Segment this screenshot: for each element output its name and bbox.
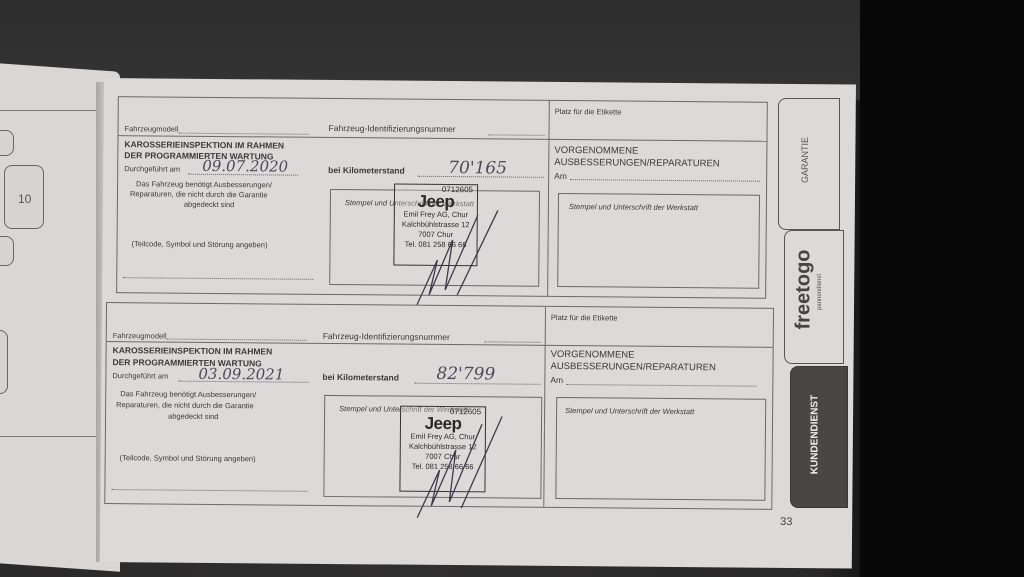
vehicle-model-field[interactable]	[167, 339, 307, 341]
repair-note-line2: Reparaturen, die nicht durch die Garanti…	[130, 189, 268, 199]
repair-note-line3: abgedeckt sind	[168, 412, 219, 421]
tab-garantie-label: GARANTIE	[800, 130, 810, 190]
stamp-line: Kalchbühlstrasse 12	[401, 442, 485, 453]
section-title-line1: KAROSSERIEINSPEKTION IM RAHMEN	[113, 345, 273, 356]
stamp-line: Tel. 081 258 66 66	[401, 462, 485, 473]
performed-on-label: Durchgeführt am	[112, 371, 168, 380]
repair-note-line1: Das Fahrzeug benötigt Ausbesserungen/	[136, 179, 272, 189]
repairs-date-field[interactable]	[570, 179, 760, 182]
tab-garantie[interactable]: GARANTIE	[778, 98, 840, 230]
performed-on-value: 03.09.2021	[198, 365, 284, 384]
performed-on-label: Durchgeführt am	[124, 164, 180, 173]
vin-label: Fahrzeug-Identifizierungsnummer	[329, 123, 456, 134]
right-page: Platz für die Etikette Fahrzeugmodell Fa…	[100, 78, 856, 569]
stamp-line: Kalchbühlstrasse 12	[395, 220, 477, 231]
vin-field[interactable]	[485, 341, 541, 342]
mileage-label: bei Kilometerstand	[322, 372, 399, 383]
part-code-hint: (Teilcode, Symbol und Störung angeben)	[120, 453, 256, 463]
repair-note-line2: Reparaturen, die nicht durch die Garanti…	[116, 400, 254, 410]
tab-kundendienst-label: KUNDENDIENST	[810, 385, 821, 485]
repairs-date-field[interactable]	[566, 384, 756, 387]
vehicle-model-label: Fahrzeugmodell	[125, 124, 179, 133]
jeep-dealer-stamp: 0712605 Jeep Emil Frey AG, Chur Kalchbüh…	[393, 184, 478, 267]
repairs-date-label: Am	[550, 375, 563, 385]
label-space-text: Platz für die Etikette	[555, 107, 622, 117]
page-number: 33	[780, 516, 792, 528]
vehicle-model-field[interactable]	[179, 133, 309, 135]
mileage-label: bei Kilometerstand	[328, 165, 405, 176]
repair-note-line1: Das Fahrzeug benötigt Ausbesserungen/	[120, 389, 256, 399]
car-diagram-part	[0, 330, 8, 394]
repairs-stamp-label: Stempel und Unterschrift der Werkstatt	[569, 202, 698, 212]
repairs-title-line1: VORGENOMMENE	[551, 349, 635, 361]
freetogo-subtitle: pannendienst	[817, 257, 823, 327]
vehicle-model-label: Fahrzeugmodell	[113, 331, 167, 340]
jeep-logo: Jeep	[395, 194, 477, 211]
left-page-frame	[0, 110, 99, 437]
jeep-dealer-stamp: 0712605 Jeep Emil Frey AG, Chur Kalchbüh…	[399, 406, 486, 493]
tab-kundendienst[interactable]: KUNDENDIENST	[790, 366, 848, 508]
dark-background	[860, 0, 1024, 577]
part-code-field[interactable]	[111, 489, 307, 492]
repairs-stamp-box: Stempel und Unterschrift der Werkstatt	[557, 193, 760, 289]
repairs-date-label: Am	[554, 171, 567, 181]
stamp-line: Tel. 081 258 66 66	[395, 240, 477, 251]
mileage-value: 70'165	[448, 158, 507, 179]
stamp-line: Emil Frey AG, Chur	[395, 210, 477, 221]
repairs-title-line2: AUSBESSERUNGEN/REPARATUREN	[550, 361, 715, 373]
repairs-stamp-box: Stempel und Unterschrift der Werkstatt	[555, 397, 766, 501]
diagram-label: 10	[18, 192, 31, 206]
performed-on-value: 09.07.2020	[202, 157, 288, 176]
section-title-line1: KAROSSERIEINSPEKTION IM RAHMEN	[124, 139, 284, 150]
vin-label: Fahrzeug-Identifizierungsnummer	[323, 331, 450, 342]
inspection-entry-1: Platz für die Etikette Fahrzeugmodell Fa…	[116, 96, 768, 299]
repairs-title-line2: AUSBESSERUNGEN/REPARATUREN	[554, 157, 719, 169]
jeep-logo: Jeep	[401, 416, 485, 433]
label-space-text: Platz für die Etikette	[551, 313, 618, 323]
car-diagram-part	[0, 130, 14, 156]
part-code-field[interactable]	[123, 277, 313, 280]
repair-note-line3: abgedeckt sind	[184, 200, 235, 209]
repairs-title-line1: VORGENOMMENE	[554, 145, 638, 157]
inspection-entry-2: Platz für die Etikette Fahrzeugmodell Fa…	[104, 302, 774, 510]
repairs-stamp-label: Stempel und Unterschrift der Werkstatt	[565, 406, 694, 416]
part-code-hint: (Teilcode, Symbol und Störung angeben)	[132, 239, 268, 249]
car-diagram-part	[0, 236, 14, 266]
tab-freetogo[interactable]: freetogo pannendienst	[784, 230, 844, 364]
vin-field[interactable]	[489, 134, 545, 135]
stamp-line: 7007 Chur	[395, 230, 477, 241]
freetogo-logo: freetogo	[793, 260, 816, 330]
mileage-value: 82'799	[436, 364, 495, 385]
